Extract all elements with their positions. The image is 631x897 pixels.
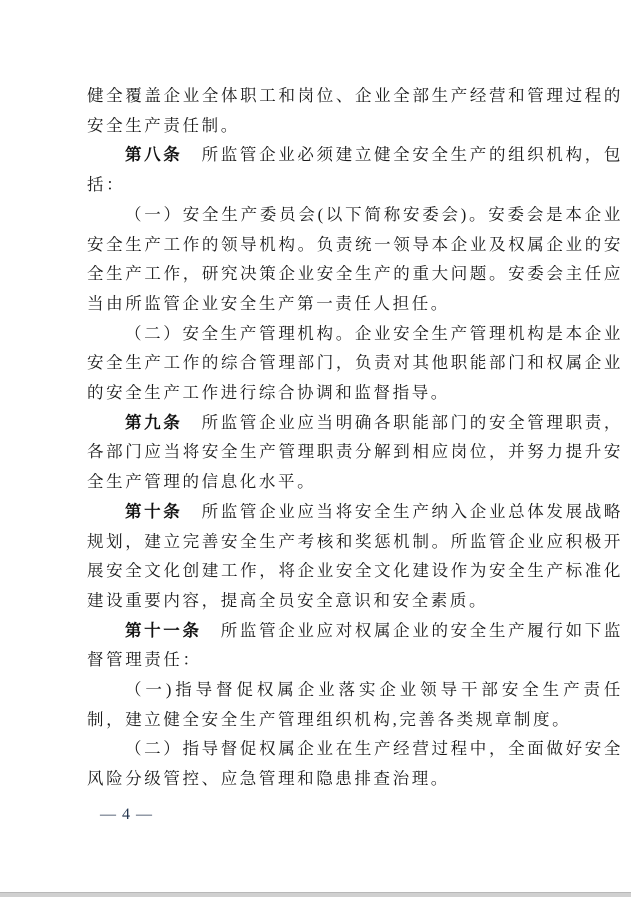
article-8-number: 第八条 [125, 145, 182, 164]
body-paragraph-continuation: 健全覆盖企业全体职工和岗位、企业全部生产经营和管理过程的安全生产责任制。 [87, 81, 623, 140]
article-11-paragraph: 第十一条 所监管企业应对权属企业的安全生产履行如下监督管理责任： [87, 616, 623, 675]
article-10-paragraph: 第十条 所监管企业应当将安全生产纳入企业总体发展战略规划，建立完善安全生产考核和… [87, 497, 623, 616]
document-page: 健全覆盖企业全体职工和岗位、企业全部生产经营和管理过程的安全生产责任制。 第八条… [0, 0, 631, 897]
document-body: 健全覆盖企业全体职工和岗位、企业全部生产经营和管理过程的安全生产责任制。 第八条… [87, 81, 623, 794]
article-10-number: 第十条 [125, 502, 182, 521]
item-2-duty-paragraph: （二）指导督促权属企业在生产经营过程中，全面做好安全风险分级管控、应急管理和隐患… [87, 734, 623, 793]
article-11-number: 第十一条 [125, 621, 202, 640]
article-8-paragraph: 第八条 所监管企业必须建立健全安全生产的组织机构，包括： [87, 140, 623, 199]
item-1-duty-paragraph: （一)指导督促权属企业落实企业领导干部安全生产责任制，建立健全安全生产管理组织机… [87, 675, 623, 734]
item-1-paragraph: （一）安全生产委员会(以下简称安委会)。安委会是本企业安全生产工作的领导机构。负… [87, 200, 623, 319]
article-9-number: 第九条 [125, 413, 182, 432]
page-number: — 4 — [100, 806, 153, 824]
item-2-paragraph: （二）安全生产管理机构。企业安全生产管理机构是本企业安全生产工作的综合管理部门，… [87, 319, 623, 408]
page-bottom-edge [0, 892, 631, 897]
article-9-paragraph: 第九条 所监管企业应当明确各职能部门的安全管理职责，各部门应当将安全生产管理职责… [87, 408, 623, 497]
